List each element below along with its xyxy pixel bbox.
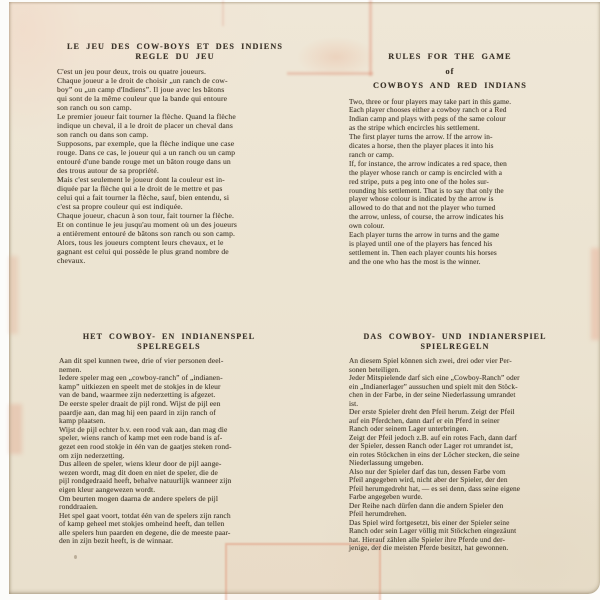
text-line: entouré d'une bande rouge met un bâton r… — [57, 157, 293, 166]
french-body-text: C'est un jeu pour deux, trois ou quatre … — [57, 67, 293, 265]
text-line: rouge. Dans ce cas, le joueur qui a un r… — [57, 148, 293, 157]
text-line: Chaque joueur, chacun à son tour, fait t… — [57, 211, 293, 220]
title-line: REGLE DU JEU — [57, 52, 293, 62]
english-title: RULES FOR THE GAMEofCOWBOYS AND RED INDI… — [349, 50, 551, 94]
text-line: Et on continue le jeu jusqu'au moment où… — [57, 220, 293, 229]
german-body-text: An diesem Spiel können sich zwei, drei o… — [349, 357, 561, 553]
text-line: indique un cheval, il a le droit de plac… — [57, 121, 293, 130]
text-line: son ranch ou dans son camp. — [57, 130, 293, 139]
text-line: c'est sa propre couleur qui est indiquée… — [57, 202, 293, 211]
title-line: SPELREGELS — [59, 342, 279, 352]
text-line: son ranch ou son camp. — [57, 103, 293, 112]
title-line: HET COWBOY- EN INDIANENSPEL — [59, 332, 279, 342]
text-line: Mais c'est seulement le joueur dont la c… — [57, 175, 293, 184]
text-line: and the one who has the most is the winn… — [349, 258, 551, 267]
title-line: RULES FOR THE GAME — [349, 50, 551, 65]
text-line: chevaux. — [57, 256, 293, 265]
text-line: des trous autour de sa propriété. — [57, 166, 293, 175]
title-line: SPIELREGELN — [349, 342, 561, 352]
english-body-text: Two, three or four players may take part… — [349, 98, 551, 267]
text-line: a entièrement entouré de bâtons son ranc… — [57, 229, 293, 238]
title-line: DAS COWBOY- UND INDIANERSPIEL — [349, 332, 561, 342]
text-line: celui qui a fait tourner la flèche, sauf… — [57, 193, 293, 202]
text-line: Aan dit spel kunnen twee, drie of vier p… — [59, 357, 279, 366]
text-line: qui sont de la même couleur que la bande… — [57, 94, 293, 103]
text-line: C'est un jeu pour deux, trois ou quatre … — [57, 67, 293, 76]
title-line: LE JEU DES COW-BOYS ET DES INDIENS — [57, 42, 293, 52]
text-line: Chaque joueur a le droit de choisir „un … — [57, 76, 293, 85]
french-title: LE JEU DES COW-BOYS ET DES INDIENSREGLE … — [57, 42, 293, 61]
text-line: jenige, der die meisten Pferde besitzt, … — [349, 544, 561, 553]
section-german-rules: DAS COWBOY- UND INDIANERSPIELSPIELREGELN… — [349, 332, 561, 553]
text-line: diquée par la flèche qui a le droit de l… — [57, 184, 293, 193]
text-line: den in zijn bezit heeft, is de winnaar. — [59, 537, 279, 546]
title-line: of — [349, 65, 551, 80]
text-line: chen in der Farbe, in der seine Niederla… — [349, 391, 561, 400]
dutch-body-text: Aan dit spel kunnen twee, drie of vier p… — [59, 357, 279, 546]
text-line: Supposons, par exemple, que la flèche in… — [57, 139, 293, 148]
section-dutch-rules: HET COWBOY- EN INDIANENSPELSPELREGELS Aa… — [59, 332, 279, 546]
text-line: Le premier joueur fait tourner la flèche… — [57, 112, 293, 121]
text-line: Alors, tous les joueurs comptent leurs c… — [57, 238, 293, 247]
title-line: COWBOYS AND RED INDIANS — [349, 79, 551, 94]
section-french-rules: LE JEU DES COW-BOYS ET DES INDIENSREGLE … — [57, 42, 293, 265]
dutch-title: HET COWBOY- EN INDIANENSPELSPELREGELS — [59, 332, 279, 351]
text-line: gagnant est celui qui possède le plus gr… — [57, 247, 293, 256]
section-english-rules: RULES FOR THE GAMEofCOWBOYS AND RED INDI… — [349, 50, 551, 267]
scanned-page-photo: LE JEU DES COW-BOYS ET DES INDIENSREGLE … — [0, 0, 600, 600]
text-line: boy” ou „un camp d'Indiens”. Il joue ave… — [57, 85, 293, 94]
german-title: DAS COWBOY- UND INDIANERSPIELSPIELREGELN — [349, 332, 561, 351]
